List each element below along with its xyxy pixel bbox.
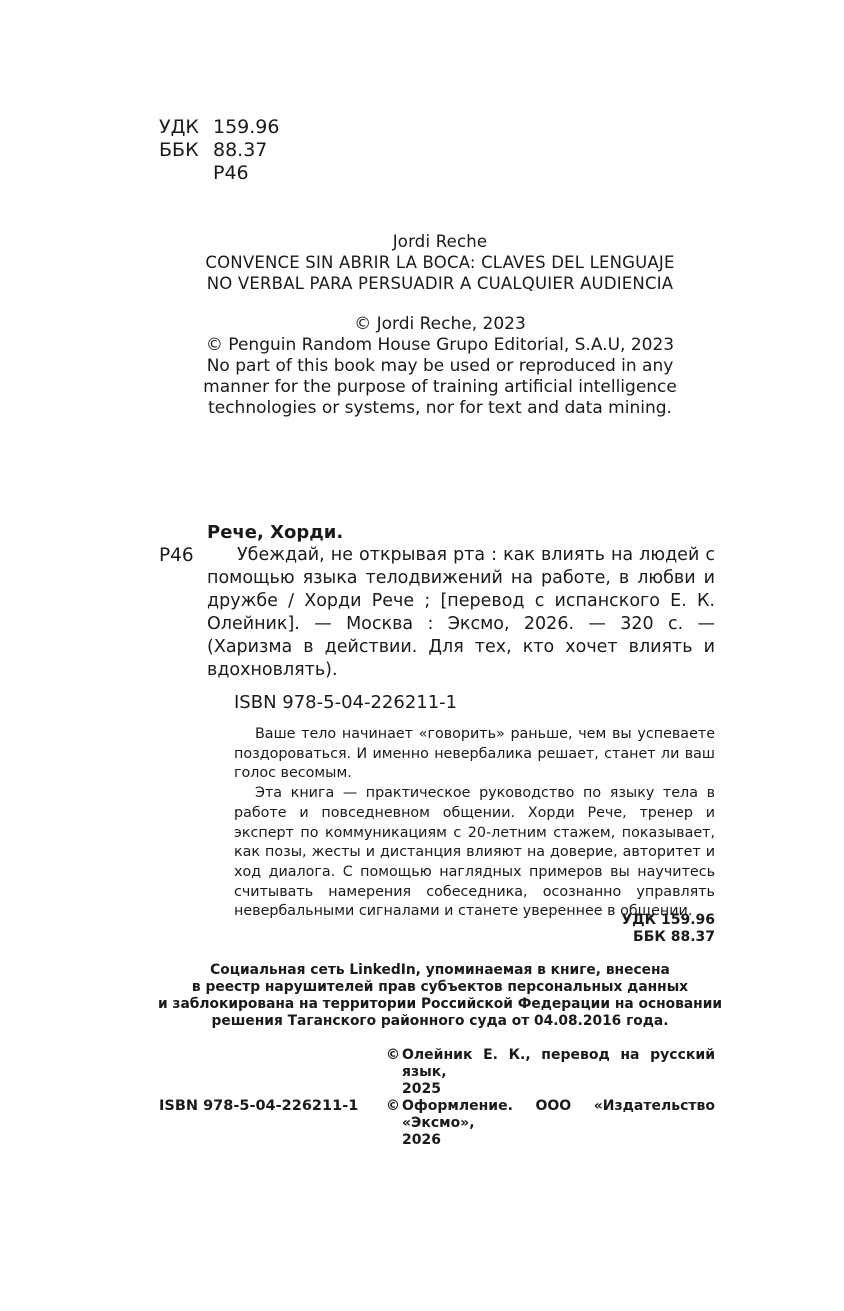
bibliographic-author-code: Р46 xyxy=(159,544,194,567)
annotation: Ваше тело начинает «говорить» раньше, че… xyxy=(234,725,715,922)
copyright-icon: © xyxy=(386,1047,402,1098)
ai-notice-line: technologies or systems, nor for text an… xyxy=(150,398,730,419)
original-title-line1: CONVENCE SIN ABRIR LA BOCA: CLAVES DEL L… xyxy=(150,252,730,273)
original-copyright: © Jordi Reche, 2023 © Penguin Random Hou… xyxy=(150,314,730,419)
bbk-row: ББК 88.37 xyxy=(159,139,279,162)
bibliographic-description-text: Убеждай, не открывая рта : как влиять на… xyxy=(207,544,715,682)
udk-bold: УДК 159.96 xyxy=(560,912,715,929)
ai-notice-line: manner for the purpose of training artif… xyxy=(150,377,730,398)
rights-text: Олейник Е. К., перевод на русский язык, xyxy=(402,1047,715,1081)
rights-year: 2026 xyxy=(402,1132,441,1148)
legal-notice-line: Социальная сеть LinkedIn, упоминаемая в … xyxy=(150,962,730,979)
classification-block: УДК 159.96 ББК 88.37 Р46 xyxy=(159,116,279,185)
bibliographic-isbn: ISBN 978-5-04-226211-1 xyxy=(234,692,457,714)
author-mark-value: Р46 xyxy=(213,162,249,185)
copyright-line: © Jordi Reche, 2023 xyxy=(150,314,730,335)
original-title-line2: NO VERBAL PARA PERSUADIR A CUALQUIER AUD… xyxy=(150,273,730,294)
bbk-value: 88.37 xyxy=(213,139,267,162)
copyright-icon: © xyxy=(386,1098,402,1149)
rights-text: Оформление. ООО «Издательство «Эксмо», xyxy=(402,1098,715,1132)
bbk-bold: ББК 88.37 xyxy=(560,929,715,946)
bibliographic-description: Убеждай, не открывая рта : как влиять на… xyxy=(207,544,715,682)
classification-bold: УДК 159.96 ББК 88.37 xyxy=(560,912,715,946)
rights-year: 2025 xyxy=(402,1081,441,1097)
udk-value: 159.96 xyxy=(213,116,279,139)
copyright-line: © Penguin Random House Grupo Editorial, … xyxy=(150,335,730,356)
legal-notice-line: решения Таганского районного суда от 04.… xyxy=(150,1013,730,1030)
annotation-paragraph: Ваше тело начинает «говорить» раньше, че… xyxy=(234,725,715,784)
rights-item: © Олейник Е. К., перевод на русский язык… xyxy=(386,1047,715,1098)
rights-item: © Оформление. ООО «Издательство «Эксмо»,… xyxy=(386,1098,715,1149)
imprint-rights: © Олейник Е. К., перевод на русский язык… xyxy=(386,1047,715,1149)
legal-notice: Социальная сеть LinkedIn, упоминаемая в … xyxy=(150,962,730,1030)
original-edition: Jordi Reche CONVENCE SIN ABRIR LA BOCA: … xyxy=(150,231,730,294)
ai-notice-line: No part of this book may be used or repr… xyxy=(150,356,730,377)
legal-notice-line: в реестр нарушителей прав субъектов перс… xyxy=(150,979,730,996)
annotation-paragraph: Эта книга — практическое руководство по … xyxy=(234,784,715,922)
bbk-label: ББК xyxy=(159,139,213,162)
imprint-isbn: ISBN 978-5-04-226211-1 xyxy=(159,1097,358,1115)
udk-label: УДК xyxy=(159,116,213,139)
author-mark-row: Р46 xyxy=(159,162,279,185)
bibliographic-author: Рече, Хорди. xyxy=(207,522,343,544)
author-mark-label xyxy=(159,162,213,185)
udk-row: УДК 159.96 xyxy=(159,116,279,139)
legal-notice-line: и заблокирована на территории Российской… xyxy=(150,996,730,1013)
original-author: Jordi Reche xyxy=(150,231,730,252)
